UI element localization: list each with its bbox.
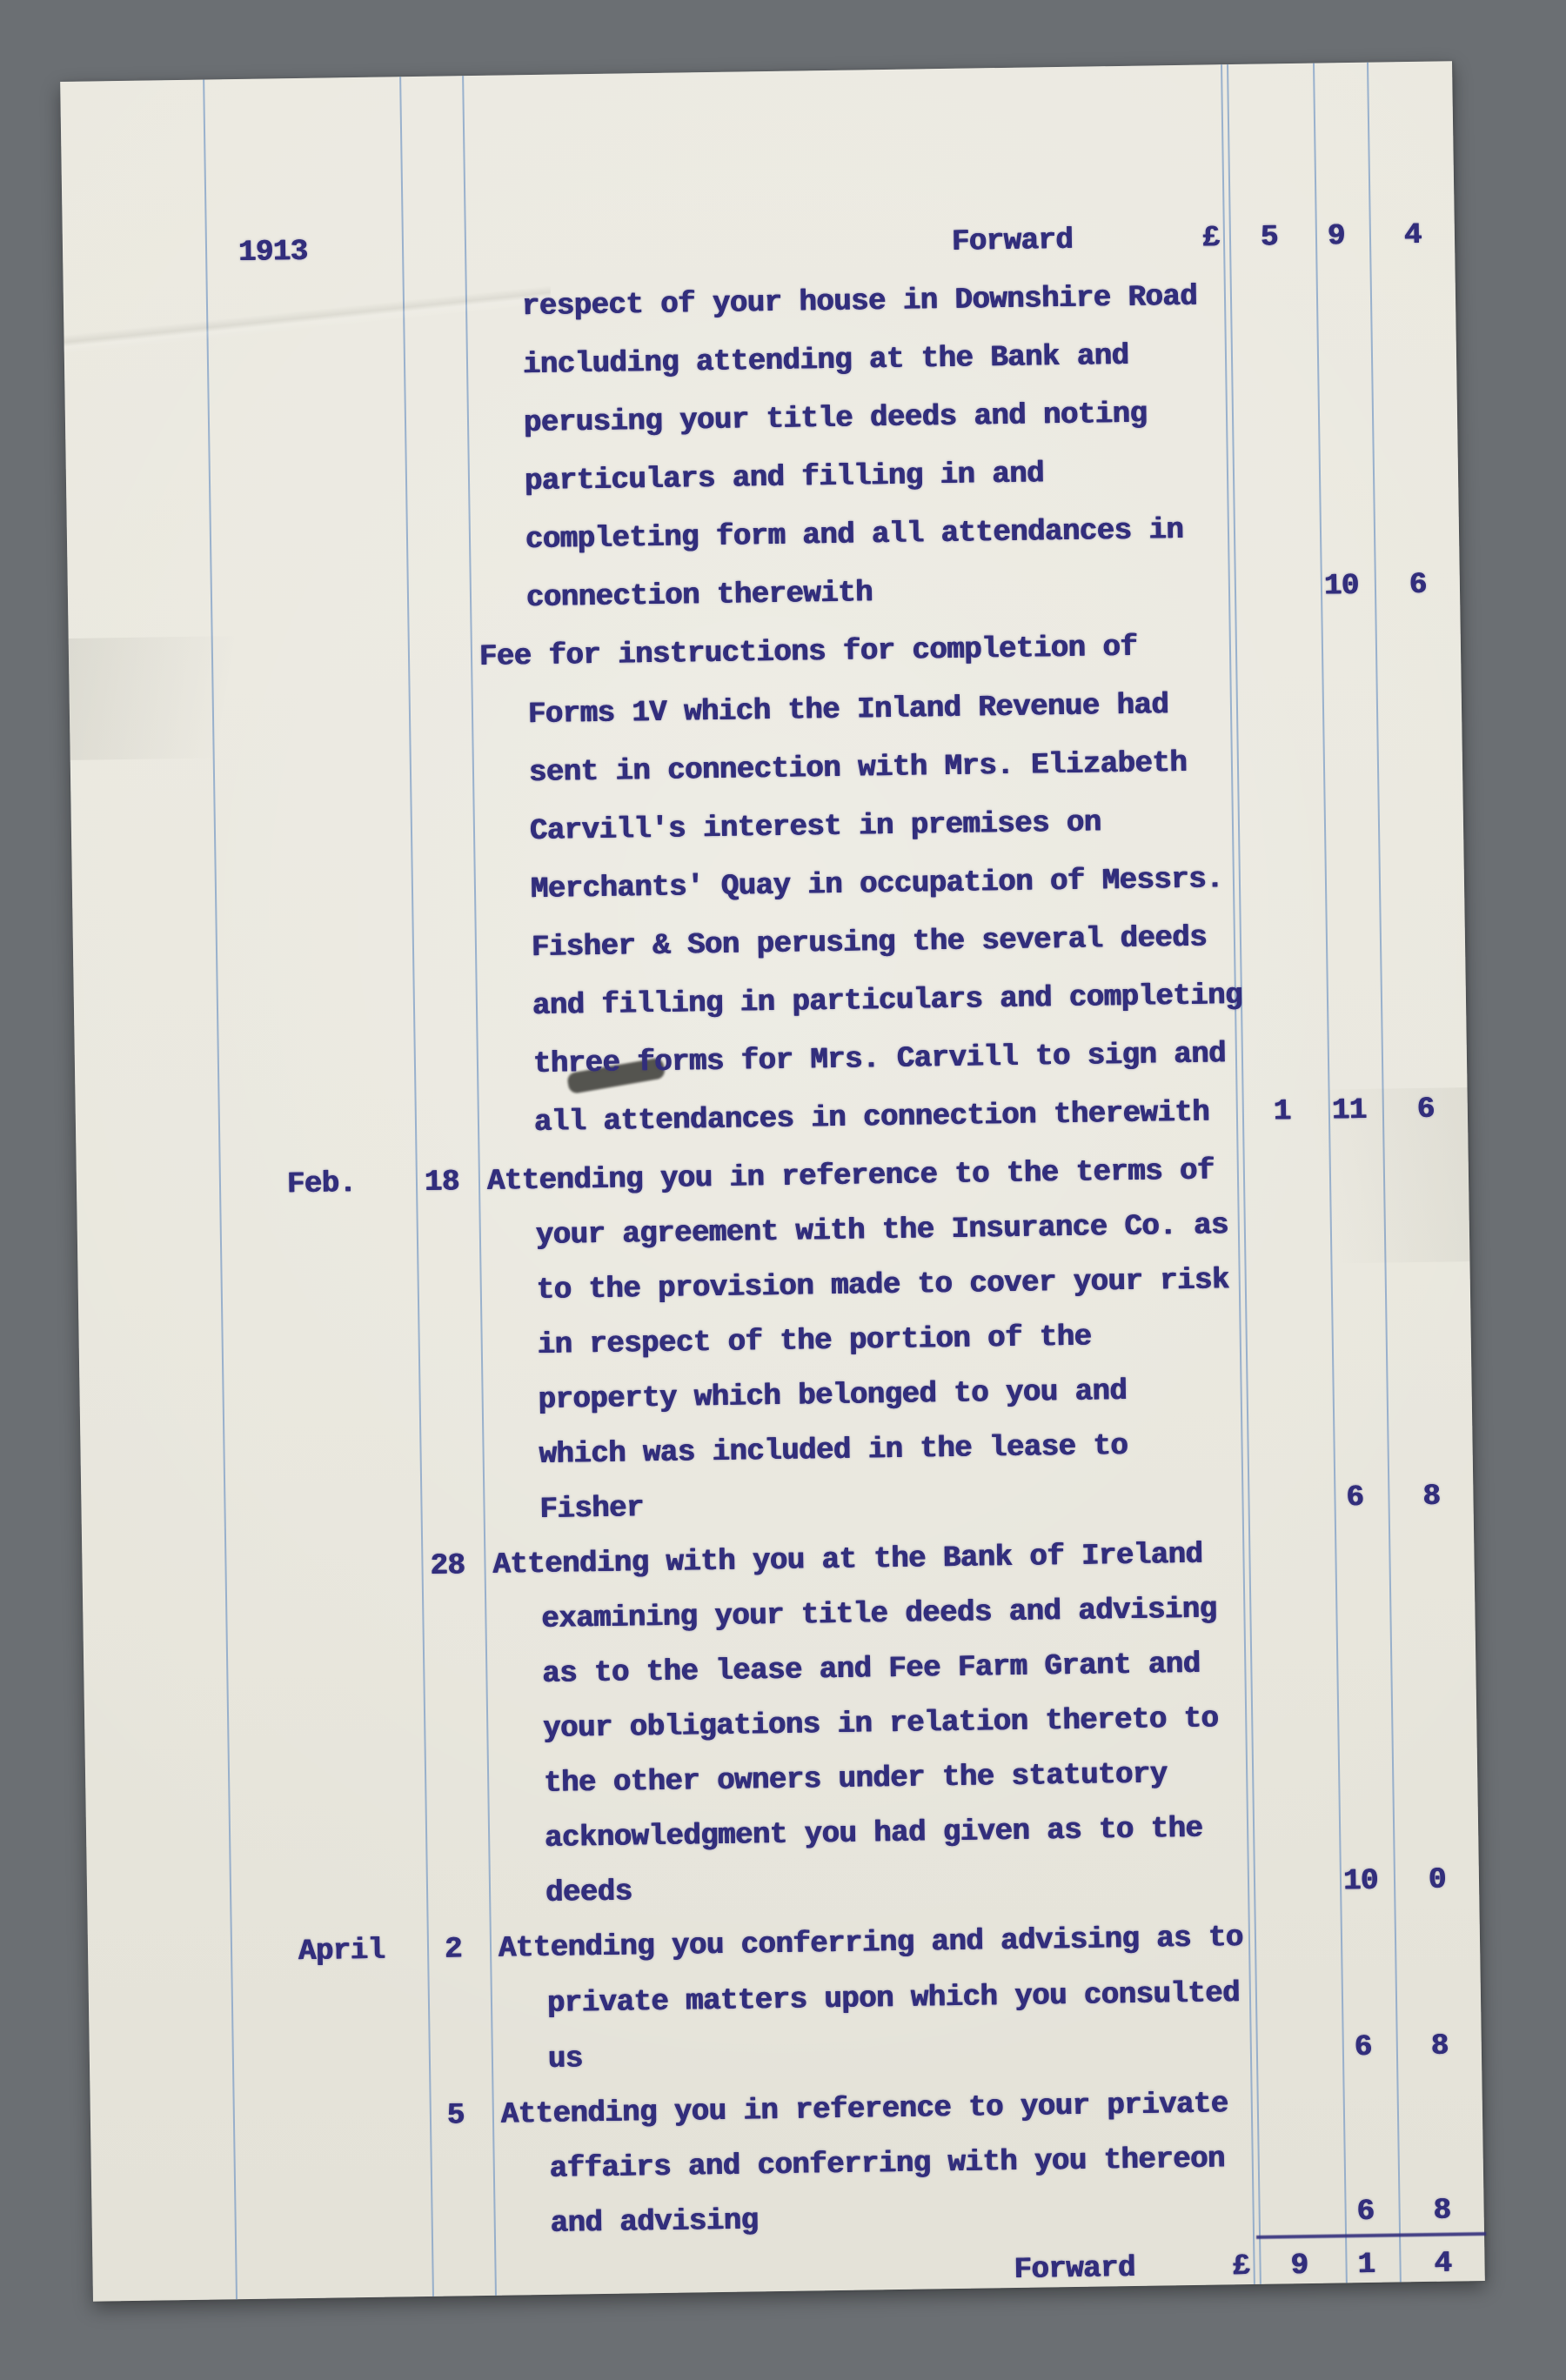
ledger-rows: 1913Forward£594respect of your house in … bbox=[60, 61, 1452, 82]
entry-text: acknowledgment you had given as to the bbox=[545, 1812, 1203, 1856]
entry-text: your agreement with the Insurance Co. as bbox=[536, 1208, 1229, 1254]
amount-shillings: 6 bbox=[1320, 1481, 1390, 1516]
amount-shillings: 6 bbox=[1328, 2029, 1399, 2065]
amount-pence: 6 bbox=[1383, 567, 1454, 603]
day-number: 2 bbox=[418, 1932, 489, 1968]
entry-text: your obligations in relation thereto to bbox=[543, 1701, 1219, 1747]
ledger-row: your agreement with the Insurance Co. as bbox=[77, 1205, 1470, 1266]
entry-text: and filling in particulars and completin… bbox=[532, 979, 1243, 1024]
day-number: 28 bbox=[412, 1548, 483, 1584]
entry-text: affairs and conferring with you thereon bbox=[550, 2142, 1226, 2187]
ledger-row: sent in connection with Mrs. Elizabeth bbox=[70, 742, 1463, 803]
ledger-row: 5Attending you in reference to your priv… bbox=[90, 2083, 1483, 2144]
ledger-row: Fisher68 bbox=[81, 1479, 1474, 1540]
entry-text: as to the lease and Fee Farm Grant and bbox=[542, 1648, 1201, 1692]
entry-text: which was included in the lease to bbox=[539, 1429, 1128, 1473]
entry-text: Forms 1V which the Inland Revenue had bbox=[528, 688, 1169, 732]
amount-pounds: 9 bbox=[1264, 2249, 1335, 2284]
amount-pence: 8 bbox=[1405, 2029, 1476, 2064]
entry-text: respect of your house in Downshire Road bbox=[522, 280, 1198, 325]
entry-text: connection therewith bbox=[526, 576, 873, 616]
ledger-row: Feb.18Attending you in reference to the … bbox=[77, 1150, 1469, 1211]
amount-pence: 6 bbox=[1391, 1092, 1462, 1127]
ledger-row: Merchants' Quay in occupation of Messrs. bbox=[72, 859, 1465, 919]
currency-symbol: £ bbox=[1196, 221, 1227, 256]
ledger-row: and filling in particulars and completin… bbox=[74, 975, 1467, 1036]
amount-shillings: 9 bbox=[1302, 219, 1372, 255]
ledger-row: and advising68 bbox=[92, 2193, 1485, 2254]
entry-text: Fee for instructions for completion of bbox=[479, 631, 1138, 675]
entry-text: private matters upon which you consulted bbox=[547, 1976, 1241, 2022]
amount-shillings: 1 bbox=[1331, 2247, 1402, 2283]
ledger-row: your obligations in relation thereto to bbox=[84, 1698, 1477, 1759]
ledger-row: in respect of the portion of the bbox=[79, 1314, 1472, 1375]
ledger-row: all attendances in connection therewith1… bbox=[76, 1092, 1469, 1153]
ledger-row: deeds100 bbox=[87, 1862, 1480, 1923]
day-number: 5 bbox=[421, 2098, 492, 2134]
ledger-row: affairs and conferring with you thereon bbox=[91, 2138, 1484, 2199]
amount-shillings: 10 bbox=[1307, 569, 1377, 605]
entry-text: us bbox=[548, 2042, 583, 2077]
entry-text: in respect of the portion of the bbox=[537, 1320, 1091, 1363]
ledger-row: Forms 1V which the Inland Revenue had bbox=[70, 684, 1462, 745]
amount-shillings: 10 bbox=[1326, 1863, 1396, 1899]
ledger-row: Fee for instructions for completion of bbox=[69, 625, 1462, 686]
amount-pence: 8 bbox=[1396, 1479, 1467, 1514]
entry-text: to the provision made to cover your risk bbox=[537, 1263, 1230, 1308]
ledger-row: to the provision made to cover your risk bbox=[78, 1260, 1471, 1320]
forward-label: Forward bbox=[1014, 2251, 1135, 2288]
ledger-row: 28Attending with you at the Bank of Irel… bbox=[82, 1534, 1475, 1594]
ledger-paper: 1913Forward£594respect of your house in … bbox=[60, 61, 1485, 2301]
ledger-row: us68 bbox=[90, 2029, 1482, 2089]
entry-text: Fisher bbox=[539, 1491, 644, 1528]
entry-text: deeds bbox=[545, 1875, 632, 1910]
ledger-row: respect of your house in Downshire Road bbox=[64, 276, 1456, 337]
scanned-document-background: { "colors":{ "background":"#6b6f73", "pa… bbox=[0, 0, 1566, 2380]
ledger-row: Fisher & Son perusing the several deeds bbox=[73, 917, 1466, 978]
entry-text: perusing your title deeds and noting bbox=[524, 398, 1148, 442]
entry-text: property which belonged to you and bbox=[538, 1374, 1127, 1418]
amount-pence: 8 bbox=[1407, 2193, 1477, 2229]
amount-pence: 0 bbox=[1402, 1862, 1473, 1898]
ledger-row: 1913Forward£594 bbox=[63, 217, 1456, 278]
ledger-row: as to the lease and Fee Farm Grant and bbox=[84, 1643, 1476, 1704]
ledger-row: three forms for Mrs. Carvill to sign and bbox=[75, 1033, 1468, 1094]
entry-text: Attending you conferring and advising as… bbox=[499, 1921, 1243, 1967]
entry-text: Carvill's interest in premises on bbox=[530, 806, 1101, 849]
ledger-row: acknowledgment you had given as to the bbox=[86, 1808, 1479, 1869]
entry-text: Attending you in reference to the terms … bbox=[487, 1153, 1215, 1199]
amount-shillings: 6 bbox=[1330, 2194, 1401, 2230]
ledger-row: Forward£914 bbox=[92, 2246, 1485, 2307]
ledger-row: Carvill's interest in premises on bbox=[71, 800, 1464, 861]
month-label: Feb. bbox=[287, 1167, 357, 1202]
amount-pounds: 5 bbox=[1235, 220, 1305, 256]
ledger-row: which was included in the lease to bbox=[80, 1424, 1473, 1485]
entry-text: and advising bbox=[550, 2203, 758, 2242]
currency-symbol: £ bbox=[1226, 2250, 1256, 2285]
forward-label: Forward bbox=[952, 224, 1074, 260]
amount-pence: 4 bbox=[1408, 2246, 1478, 2282]
entry-text: sent in connection with Mrs. Elizabeth bbox=[529, 746, 1188, 791]
entry-text: all attendances in connection therewith bbox=[534, 1096, 1210, 1141]
ledger-row: particulars and filling in and bbox=[66, 451, 1459, 511]
entry-text: including attending at the Bank and bbox=[523, 339, 1129, 383]
ledger-row: April2Attending you conferring and advis… bbox=[88, 1917, 1481, 1978]
month-label: April bbox=[298, 1934, 385, 1969]
ledger-row: perusing your title deeds and noting bbox=[65, 392, 1458, 453]
ledger-row: the other owners under the statutory bbox=[85, 1753, 1478, 1814]
ledger-row: property which belonged to you and bbox=[79, 1369, 1472, 1430]
entry-text: Merchants' Quay in occupation of Messrs. bbox=[531, 862, 1224, 907]
ledger-row: examining your title deeds and advising bbox=[83, 1588, 1476, 1649]
ledger-row: completing form and all attendances in bbox=[67, 509, 1460, 570]
amount-pounds: 1 bbox=[1248, 1094, 1318, 1130]
entry-text: Attending with you at the Bank of Irelan… bbox=[492, 1538, 1203, 1583]
amount-shillings: 11 bbox=[1315, 1093, 1385, 1129]
entry-text: three forms for Mrs. Carvill to sign and bbox=[533, 1037, 1227, 1082]
entry-text: examining your title deeds and advising bbox=[541, 1592, 1217, 1637]
entry-text: particulars and filling in and bbox=[525, 457, 1045, 499]
ledger-row: connection therewith106 bbox=[68, 567, 1461, 628]
entry-text: Fisher & Son perusing the several deeds bbox=[532, 921, 1208, 966]
ledger-row: including attending at the Bank and bbox=[64, 334, 1457, 395]
entry-text: the other owners under the statutory bbox=[544, 1757, 1168, 1802]
entry-text: completing form and all attendances in bbox=[525, 513, 1184, 558]
amount-pence: 4 bbox=[1378, 217, 1449, 253]
ledger-row: private matters upon which you consulted bbox=[89, 1973, 1482, 2034]
entry-text: Attending you in reference to your priva… bbox=[501, 2087, 1228, 2132]
day-number: 18 bbox=[407, 1165, 478, 1200]
month-label: 1913 bbox=[238, 235, 308, 271]
